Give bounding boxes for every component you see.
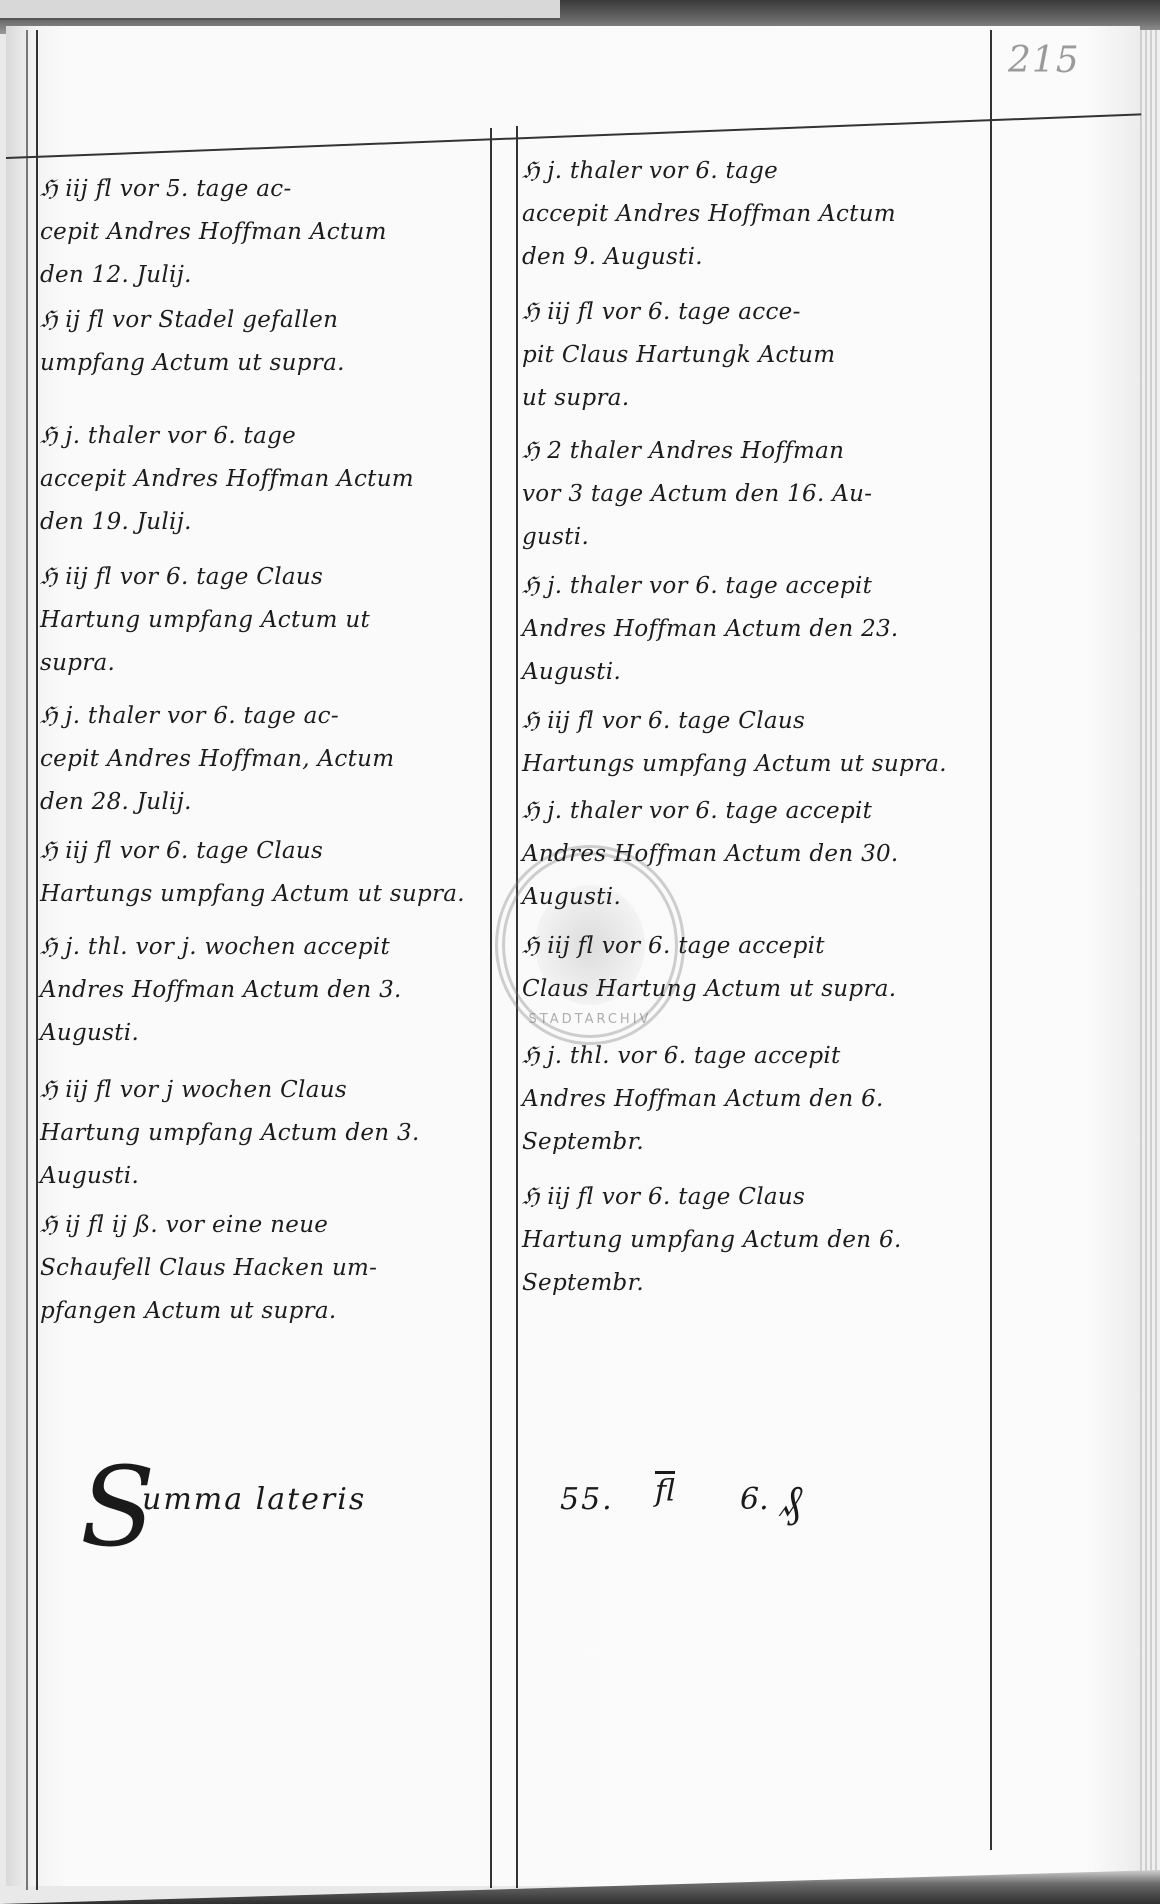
entry-line: den 9. Augusti. bbox=[522, 236, 984, 279]
entry-line: cepit Andres Hoffman, Actum bbox=[40, 738, 488, 781]
entry-line: pfangen Actum ut supra. bbox=[40, 1290, 488, 1333]
left-column: ℌ iij fl vor 5. tage ac- cepit Andres Ho… bbox=[40, 162, 488, 1333]
entry-line: ℌ j. thl. vor j. wochen accepit bbox=[40, 926, 488, 969]
ledger-entry: ℌ iij fl vor 6. tage Claus Hartungs umpf… bbox=[522, 700, 984, 786]
entry-line: accepit Andres Hoffman Actum bbox=[522, 193, 984, 236]
ledger-entry: ℌ j. thaler vor 6. tage ac- cepit Andres… bbox=[40, 695, 488, 824]
ledger-entry: ℌ iij fl vor 6. tage accepit Claus Hartu… bbox=[522, 925, 984, 1011]
pfennig-symbol-icon: ₰ bbox=[780, 1476, 802, 1527]
entry-line: den 19. Julij. bbox=[40, 501, 488, 544]
entry-line: ℌ iij fl vor 6. tage acce- bbox=[522, 291, 984, 334]
entry-line: den 28. Julij. bbox=[40, 781, 488, 824]
entry-line: Andres Hoffman Actum den 30. bbox=[522, 833, 984, 876]
entry-line: Septembr. bbox=[522, 1121, 984, 1164]
summa-pence: 6. bbox=[740, 1482, 769, 1517]
page-total: S umma lateris 55. fl 6. ₰ bbox=[80, 1462, 960, 1582]
entry-line: Hartungs umpfang Actum ut supra. bbox=[522, 743, 984, 786]
entry-line: ℌ j. thl. vor 6. tage accepit bbox=[522, 1035, 984, 1078]
entry-line: ℌ iij fl vor 6. tage accepit bbox=[522, 925, 984, 968]
entry-line: ℌ iij fl vor j wochen Claus bbox=[40, 1069, 488, 1112]
ledger-entry: ℌ j. thl. vor 6. tage accepit Andres Hof… bbox=[522, 1035, 984, 1164]
entry-line: Hartung umpfang Actum ut bbox=[40, 599, 488, 642]
ledger-entry: ℌ j. thaler vor 6. tage accepit Andres H… bbox=[522, 790, 984, 919]
ledger-entry: ℌ j. thl. vor j. wochen accepit Andres H… bbox=[40, 926, 488, 1055]
entry-line: Hartungs umpfang Actum ut supra. bbox=[40, 873, 488, 916]
entry-line: ℌ 2 thaler Andres Hoffman bbox=[522, 430, 984, 473]
ledger-entry: ℌ j. thaler vor 6. tage accepit Andres H… bbox=[522, 565, 984, 694]
ledger-entry: ℌ j. thaler vor 6. tage accepit Andres H… bbox=[40, 415, 488, 544]
entry-line: ut supra. bbox=[522, 377, 984, 420]
entry-line: ℌ ij fl ij ß. vor eine neue bbox=[40, 1204, 488, 1247]
entry-line: ℌ j. thaler vor 6. tage accepit bbox=[522, 790, 984, 833]
summa-label: umma lateris bbox=[142, 1482, 366, 1517]
entry-line: pit Claus Hartungk Actum bbox=[522, 334, 984, 377]
entry-line: ℌ iij fl vor 6. tage Claus bbox=[40, 556, 488, 599]
ledger-entry: ℌ iij fl vor 6. tage acce- pit Claus Har… bbox=[522, 291, 984, 420]
entry-line: Andres Hoffman Actum den 3. bbox=[40, 969, 488, 1012]
entry-line: ℌ iij fl vor 6. tage Claus bbox=[522, 700, 984, 743]
entry-line: ℌ iij fl vor 5. tage ac- bbox=[40, 168, 488, 211]
entry-line: Augusti. bbox=[522, 651, 984, 694]
entry-line: Claus Hartung Actum ut supra. bbox=[522, 968, 984, 1011]
entry-line: Hartung umpfang Actum den 3. bbox=[40, 1112, 488, 1155]
entry-line: Schaufell Claus Hacken um- bbox=[40, 1247, 488, 1290]
entry-line: gusti. bbox=[522, 516, 984, 559]
entry-line: ℌ j. thaler vor 6. tage accepit bbox=[522, 565, 984, 608]
summa-amount: 55. bbox=[560, 1482, 614, 1517]
entry-line: ℌ ij fl vor Stadel gefallen bbox=[40, 299, 488, 342]
entry-line: Augusti. bbox=[40, 1012, 488, 1055]
entry-line: den 12. Julij. bbox=[40, 254, 488, 297]
entry-line: Septembr. bbox=[522, 1262, 984, 1305]
entry-line: ℌ iij fl vor 6. tage Claus bbox=[40, 830, 488, 873]
entry-line: accepit Andres Hoffman Actum bbox=[40, 458, 488, 501]
ledger-entry: ℌ iij fl vor 6. tage Claus Hartung umpfa… bbox=[40, 556, 488, 685]
entry-line: supra. bbox=[40, 642, 488, 685]
left-column-rule bbox=[36, 30, 38, 1890]
entry-line: umpfang Actum ut supra. bbox=[40, 342, 488, 385]
left-margin-rule bbox=[26, 30, 28, 1890]
page-number: 215 bbox=[1008, 40, 1080, 81]
entry-line: Andres Hoffman Actum den 6. bbox=[522, 1078, 984, 1121]
entry-line: ℌ iij fl vor 6. tage Claus bbox=[522, 1176, 984, 1219]
entry-line: Augusti. bbox=[40, 1155, 488, 1198]
entry-line: Hartung umpfang Actum den 6. bbox=[522, 1219, 984, 1262]
ledger-entry: ℌ iij fl vor 5. tage ac- cepit Andres Ho… bbox=[40, 168, 488, 297]
ledger-entry: ℌ iij fl vor 6. tage Claus Hartungs umpf… bbox=[40, 830, 488, 916]
entry-line: ℌ j. thaler vor 6. tage bbox=[522, 150, 984, 193]
ledger-entry: ℌ j. thaler vor 6. tage accepit Andres H… bbox=[522, 150, 984, 279]
ledger-entry: ℌ iij fl vor 6. tage Claus Hartung umpfa… bbox=[522, 1176, 984, 1305]
ledger-entry: ℌ ij fl vor Stadel gefallen umpfang Actu… bbox=[40, 299, 488, 385]
entry-line: vor 3 tage Actum den 16. Au- bbox=[522, 473, 984, 516]
entry-line: cepit Andres Hoffman Actum bbox=[40, 211, 488, 254]
previous-leaf-edge bbox=[0, 0, 560, 20]
entry-line: Augusti. bbox=[522, 876, 984, 919]
column-divider-rule-1 bbox=[490, 128, 492, 1888]
summa-unit: fl bbox=[655, 1474, 675, 1509]
right-column-rule bbox=[990, 30, 992, 1850]
right-column: ℌ j. thaler vor 6. tage accepit Andres H… bbox=[522, 162, 984, 1305]
entry-line: Andres Hoffman Actum den 23. bbox=[522, 608, 984, 651]
ledger-entry: ℌ iij fl vor j wochen Claus Hartung umpf… bbox=[40, 1069, 488, 1198]
entry-line: ℌ j. thaler vor 6. tage ac- bbox=[40, 695, 488, 738]
ledger-entry: ℌ 2 thaler Andres Hoffman vor 3 tage Act… bbox=[522, 430, 984, 559]
ledger-entry: ℌ ij fl ij ß. vor eine neue Schaufell Cl… bbox=[40, 1204, 488, 1333]
page-stack-edge bbox=[1140, 30, 1160, 1904]
entry-line: ℌ j. thaler vor 6. tage bbox=[40, 415, 488, 458]
